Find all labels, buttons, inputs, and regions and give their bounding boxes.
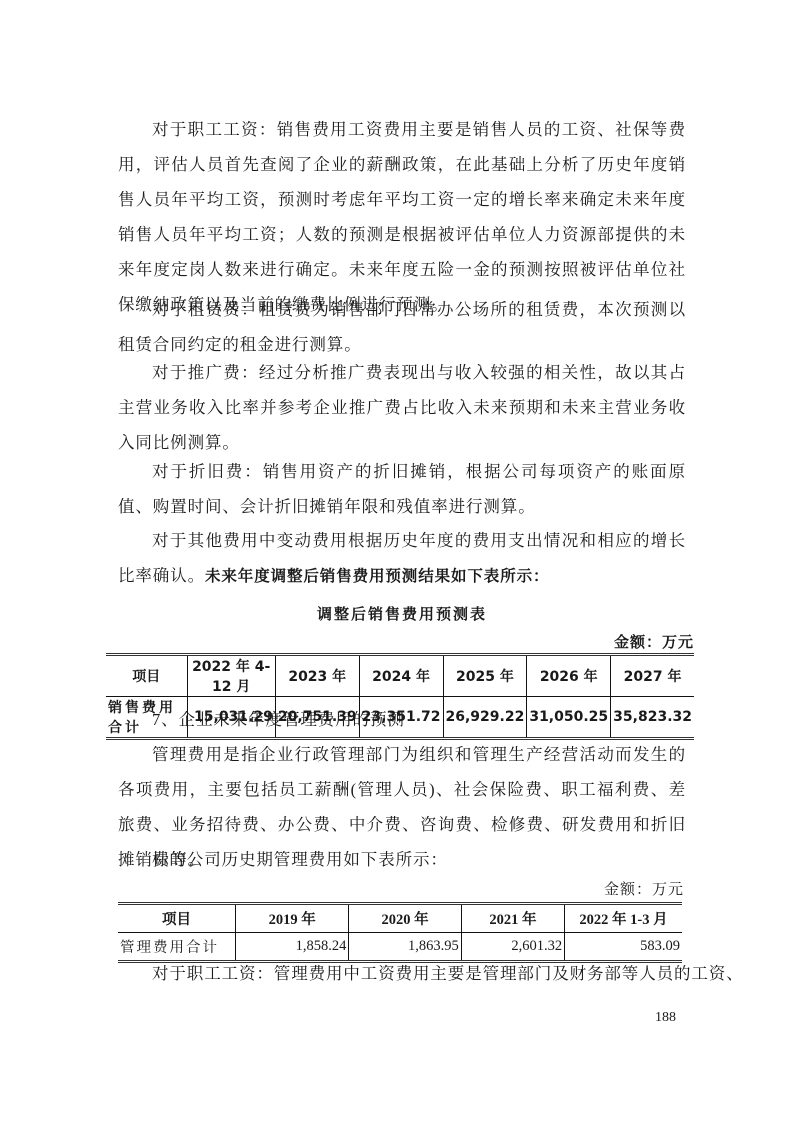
header-2024: 2024 年 (359, 655, 443, 697)
header-2027: 2027 年 (611, 655, 694, 697)
management-expense-history-table: 项目 2019 年 2020 年 2021 年 2022 年 1-3 月 管理费… (118, 902, 682, 963)
header-2020: 2020 年 (349, 904, 461, 933)
table-header-row: 项目 2019 年 2020 年 2021 年 2022 年 1-3 月 (118, 904, 682, 933)
page-number: 188 (655, 1010, 676, 1026)
paragraph-depreciation: 对于折旧费：销售用资产的折旧摊销，根据公司每项资产的账面原值、购置时间、会计折旧… (118, 454, 686, 524)
header-item: 项目 (118, 904, 235, 933)
table1-title: 调整后销售费用预测表 (118, 603, 686, 624)
table1-unit: 金额：万元 (614, 631, 694, 652)
header-2022-1-3: 2022 年 1-3 月 (565, 904, 682, 933)
table-intro-bold: 未来年度调整后销售费用预测结果如下表所示： (205, 567, 549, 585)
paragraph-other-expenses: 对于其他费用中变动费用根据历史年度的费用支出情况和相应的增长比率确认。未来年度调… (118, 523, 686, 594)
header-2021: 2021 年 (461, 904, 564, 933)
paragraph-promotion: 对于推广费：经过分析推广费表现出与收入较强的相关性，故以其占主营业务收入比率并参… (118, 355, 686, 460)
header-2023: 2023 年 (275, 655, 359, 697)
section-7-heading: 7、企业未来年度管理费用的预测 (152, 702, 692, 737)
header-2025: 2025 年 (443, 655, 527, 697)
paragraph-history-intro: 标的公司历史期管理费用如下表所示： (118, 842, 686, 877)
table-header-row: 项目 2022 年 4-12 月 2023 年 2024 年 2025 年 20… (106, 655, 694, 697)
paragraph-rent: 对于租赁费：租赁费为销售部门日常办公场所的租赁费，本次预测以租赁合同约定的租金进… (118, 292, 686, 362)
table2-unit: 金额：万元 (604, 878, 684, 899)
header-2022-4-12: 2022 年 4-12 月 (187, 655, 275, 697)
paragraph-salary: 对于职工工资：销售费用工资费用主要是销售人员的工资、社保等费用，评估人员首先查阅… (118, 112, 686, 322)
header-item: 项目 (106, 655, 187, 697)
paragraph-management-salary: 对于职工工资：管理费用中工资费用主要是管理部门及财务部等人员的工资、 (118, 956, 686, 991)
header-2019: 2019 年 (235, 904, 348, 933)
header-2026: 2026 年 (527, 655, 611, 697)
